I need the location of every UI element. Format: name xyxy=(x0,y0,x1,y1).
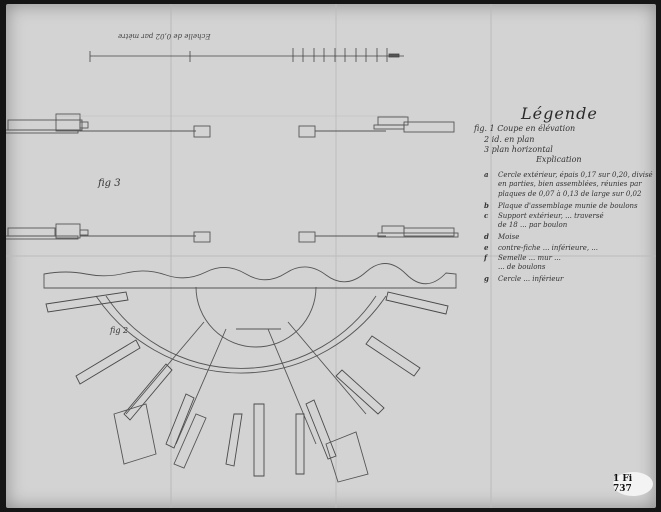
legend-fig-1: fig. 1 Coupe en élévation xyxy=(474,124,575,133)
explanation-f: fSemelle ... mur ... xyxy=(484,253,561,262)
explanation-c: cSupport extérieur, ... traversé xyxy=(484,211,604,220)
explanation-a-cont1: en parties, bien assemblées, réunies par xyxy=(484,180,642,188)
scale-bar xyxy=(90,48,404,62)
scale-caption: Echelle de 0,02 par mètre xyxy=(118,32,211,40)
explanation-d: dMoise xyxy=(484,232,519,241)
figure-1-elevation xyxy=(6,114,454,137)
explanation-heading: Explication xyxy=(536,155,582,164)
figure-3-label: fig 3 xyxy=(98,178,121,189)
archive-stamp: 1 Fi 737 xyxy=(613,472,653,496)
explanation-e: econtre-fiche ... inférieure, ... xyxy=(484,243,598,252)
explanation-g: gCercle ... inférieur xyxy=(484,274,563,283)
explanation-f-cont: ... de boulons xyxy=(484,263,546,271)
explanation-a-cont2: plaques de 0,07 à 0,13 de large sur 0,02 xyxy=(484,190,641,198)
legend-fig-3: 3 plan horizontal xyxy=(484,145,553,154)
legend-title: Légende xyxy=(521,104,598,123)
drawing-sheet: Echelle de 0,02 par mètre Légende fig. 1… xyxy=(6,4,656,508)
figure-2-label: fig 2 xyxy=(110,326,128,335)
legend-fig-2: 2 id. en plan xyxy=(484,135,534,144)
figure-2-centering xyxy=(44,263,456,482)
explanation-c-cont: de 18 ... par boulon xyxy=(484,221,567,229)
explanation-a: aCercle extérieur, épais 0,17 sur 0,20, … xyxy=(484,170,653,179)
explanation-b: bPlaque d'assemblage munie de boulons xyxy=(484,201,638,210)
figure-3-plan xyxy=(6,224,458,242)
